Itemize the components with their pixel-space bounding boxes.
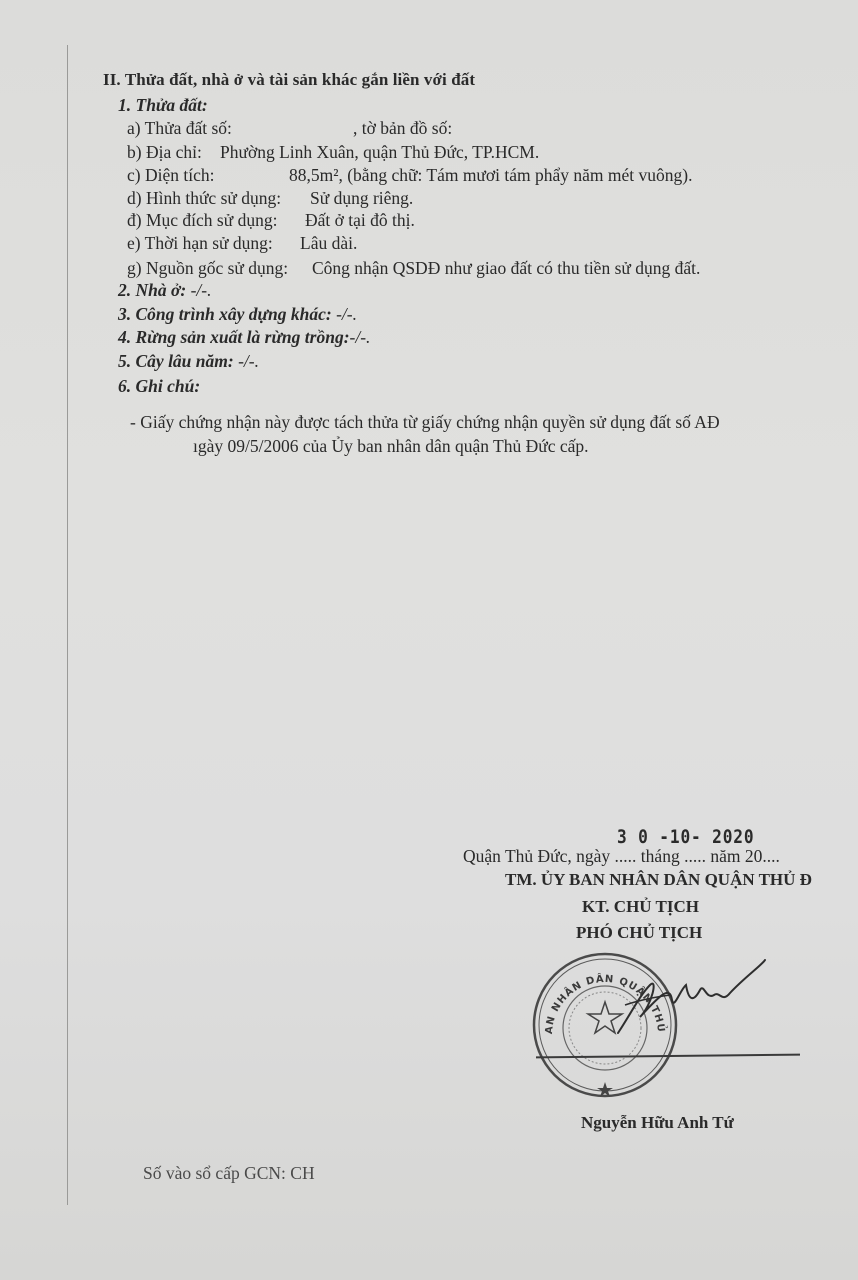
house-item: 2. Nhà ở: -/-. [118,280,212,300]
land-parcel-heading: 1. Thửa đất: [118,95,208,115]
role-vice-chairman: PHÓ CHỦ TỊCH [576,923,702,943]
address-label: b) Địa chỉ: [127,142,202,162]
usage-term-value: Lâu dài. [300,233,357,253]
signer-name: Nguyễn Hữu Anh Tứ [581,1113,734,1133]
scanned-certificate-page: II. Thửa đất, nhà ở và tài sản khác gắn … [0,0,858,1280]
perennial-tree-item: 5. Cây lâu năm: -/-. [118,351,259,371]
margin-rule [67,45,68,1205]
origin-label: g) Nguồn gốc sử dụng: [127,258,288,278]
house-label: 2. Nhà ở: [118,280,186,300]
registry-number: Số vào sổ cấp GCN: CH [143,1163,315,1184]
area-label: c) Diện tích: [127,165,214,185]
area-value: 88,5m², (bằng chữ: Tám mươi tám phẩy năm… [289,165,693,185]
usage-form-label: d) Hình thức sử dụng: [127,188,281,208]
place-date-line: Quận Thủ Đức, ngày ..... tháng ..... năm… [463,846,780,867]
other-construction-label: 3. Công trình xây dựng khác: [118,304,332,324]
role-chairman: KT. CHỦ TỊCH [582,897,699,917]
map-sheet-label: , tờ bản đồ số: [353,118,452,138]
address-value: Phường Linh Xuân, quận Thủ Đức, TP.HCM. [220,142,539,162]
notes-line-1: - Giấy chứng nhận này được tách thửa từ … [130,412,720,432]
issue-date-stamp: 3 0 -10- 2020 [617,826,754,848]
usage-purpose-value: Đất ở tại đô thị. [305,210,415,230]
section-title: II. Thửa đất, nhà ở và tài sản khác gắn … [103,70,475,90]
origin-value: Công nhận QSDĐ như giao đất có thu tiền … [312,258,700,278]
notes-heading: 6. Ghi chú: [118,376,200,396]
other-construction-value: -/-. [332,304,357,324]
notes-line-2: ıgày 09/5/2006 của Ủy ban nhân dân quận … [193,436,589,456]
issuing-organization: TM. ỦY BAN NHÂN DÂN QUẬN THỦ Đ [505,870,812,890]
other-construction-item: 3. Công trình xây dựng khác: -/-. [118,304,357,324]
production-forest-value: -/-. [350,327,371,347]
production-forest-item: 4. Rừng sản xuất là rừng trồng:-/-. [118,327,370,347]
usage-purpose-label: đ) Mục đích sử dụng: [127,210,277,230]
usage-term-label: e) Thời hạn sử dụng: [127,233,273,253]
parcel-number-label: a) Thửa đất số: [127,118,232,138]
production-forest-label: 4. Rừng sản xuất là rừng trồng: [118,327,350,347]
perennial-tree-label: 5. Cây lâu năm: [118,351,234,371]
perennial-tree-value: -/-. [234,351,259,371]
house-value: -/-. [186,280,211,300]
signature-icon [610,955,780,1045]
usage-form-value: Sử dụng riêng. [310,188,413,208]
